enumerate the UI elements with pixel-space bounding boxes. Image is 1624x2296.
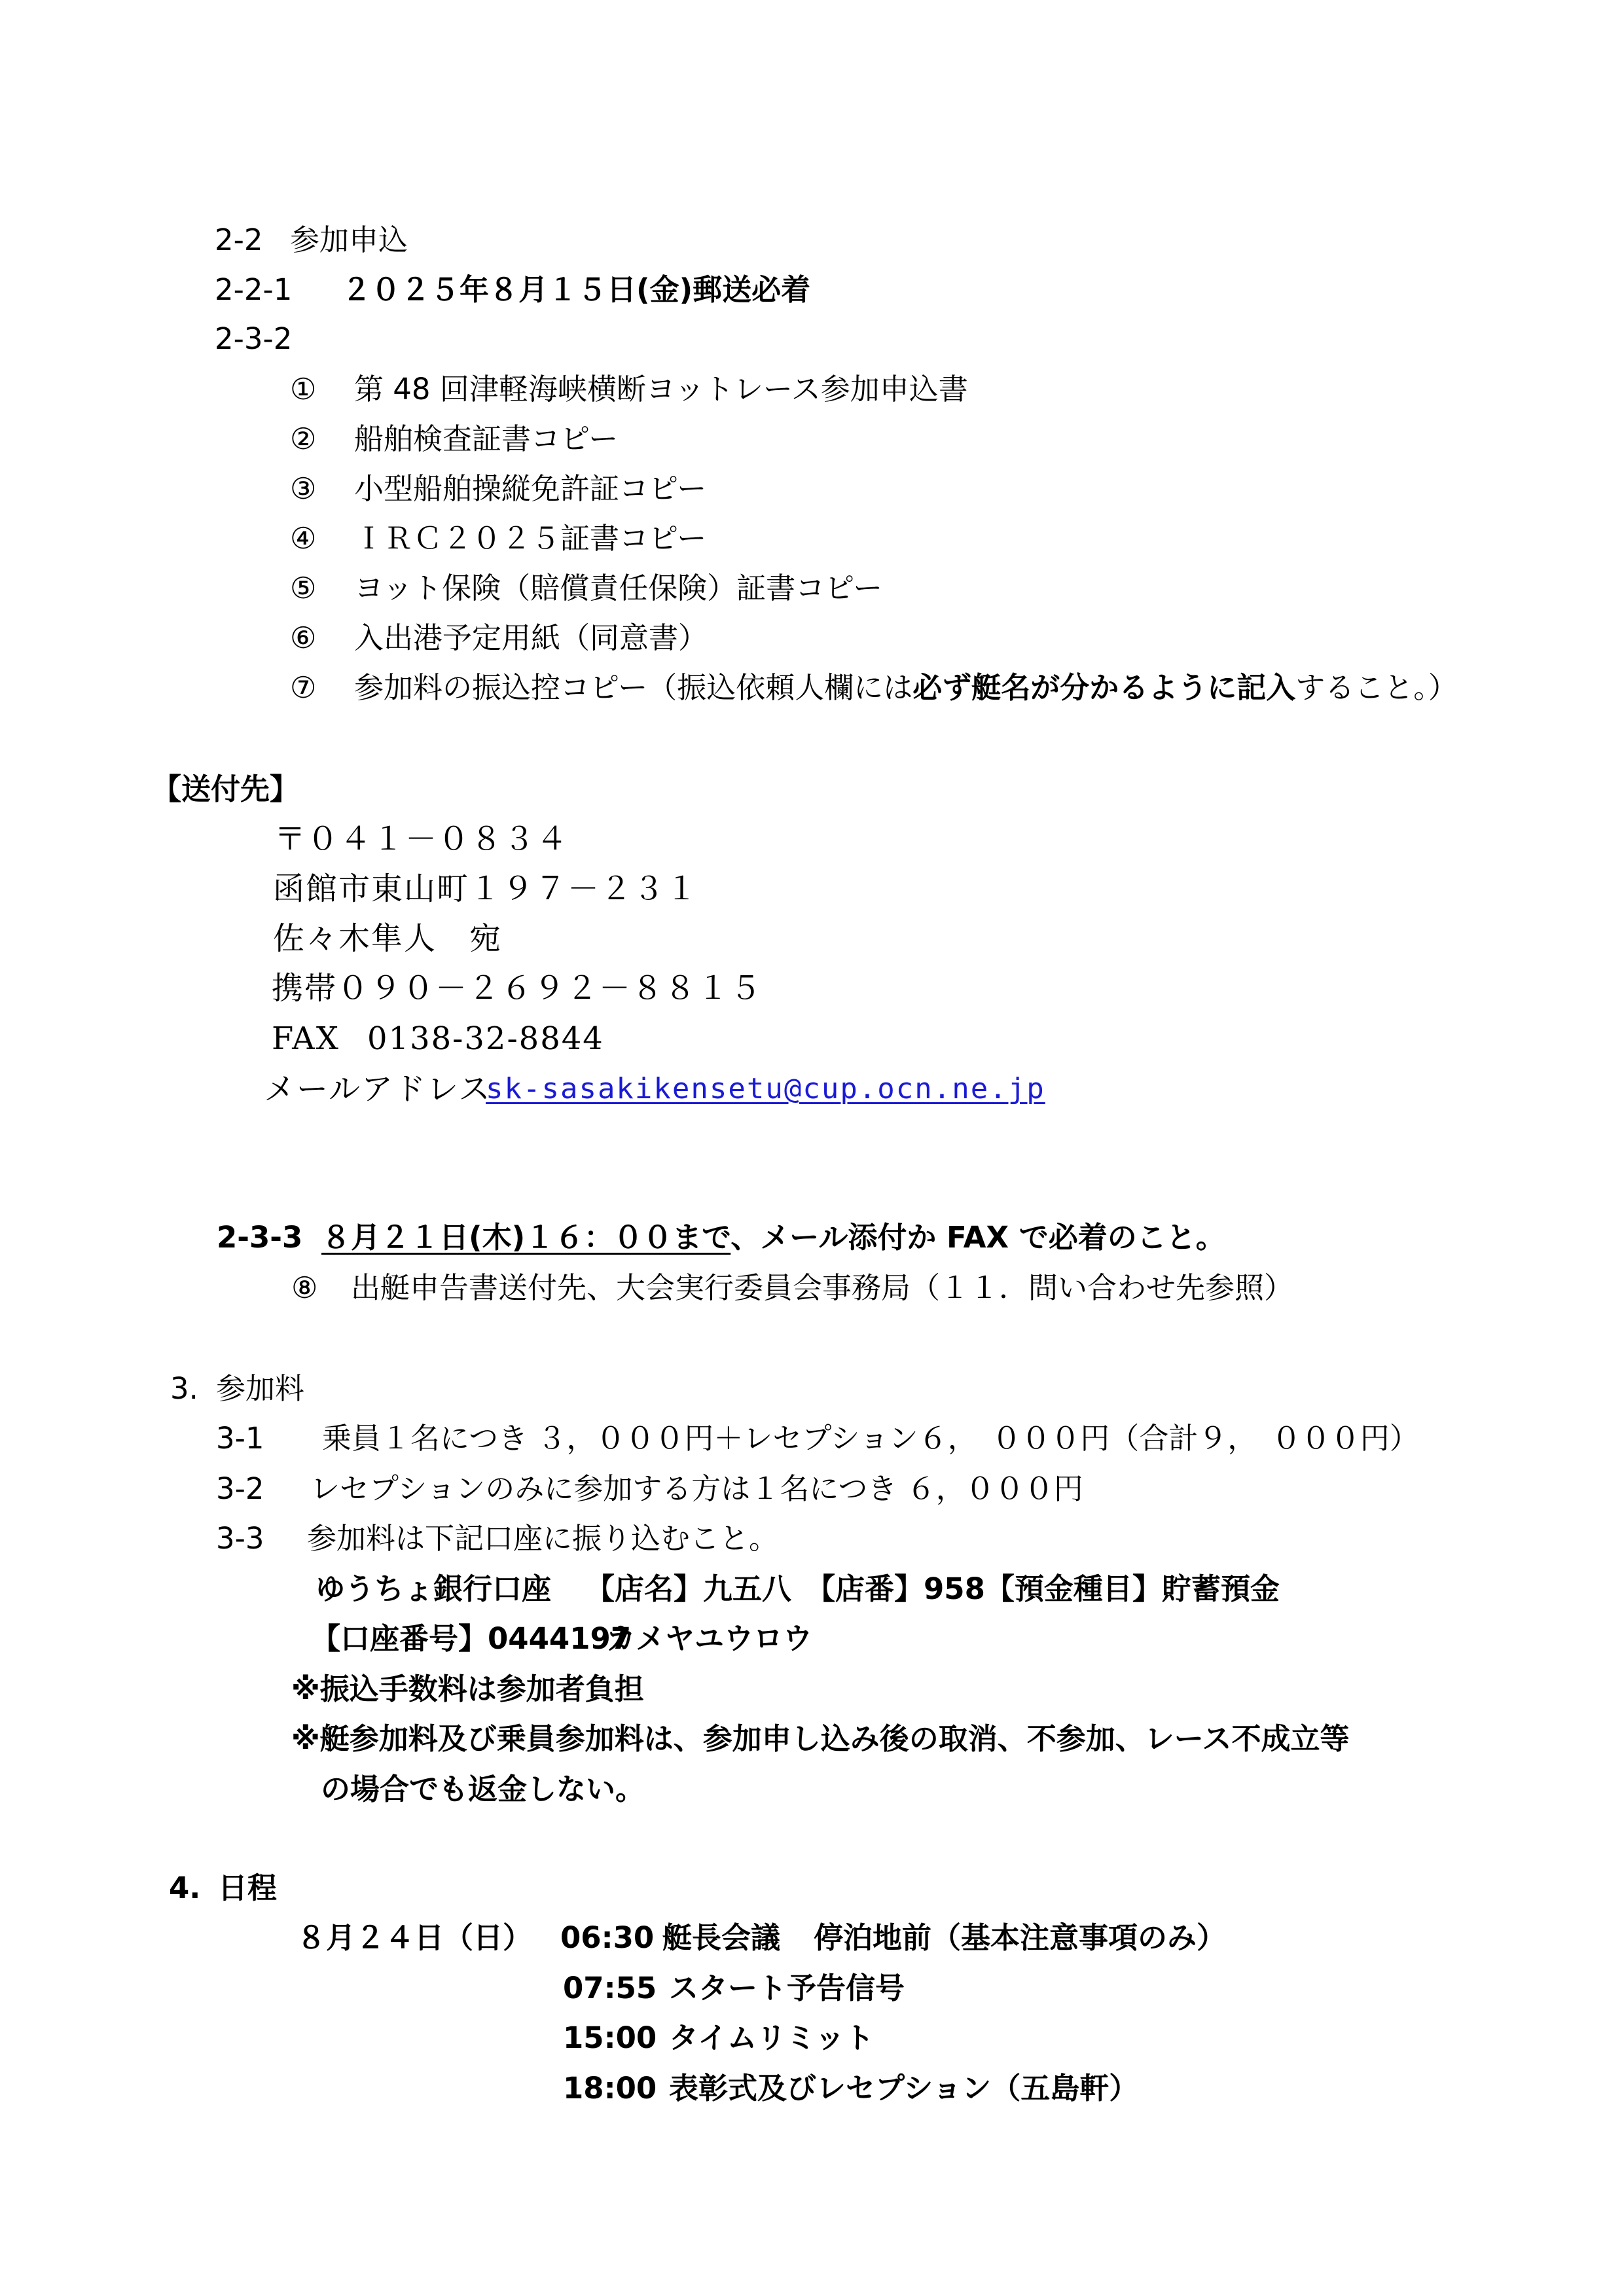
section-3-heading: 3. 参加料 [0, 1369, 1624, 1408]
item-number: 2-3-2 [215, 319, 292, 359]
section-2-2-heading: 2-2 参加申込 [0, 221, 1624, 260]
section-title: 日程 [218, 1869, 277, 1908]
item-number: 3-2 [216, 1469, 264, 1509]
schedule-event: 艇長会議 [662, 1918, 780, 1958]
section-number: 2-2 [215, 221, 263, 260]
document-item: ⑧ 出艇申告書送付先、大会実行委員会事務局（１１．問い合わせ先参照） [0, 1268, 1624, 1308]
circled-number-marker: ⑧ [291, 1268, 317, 1308]
recipient-fax: FAX 0138-32-8844 [0, 1019, 1624, 1058]
document-label: 入出港予定用紙（同意書） [354, 619, 708, 658]
schedule-row: 07:55 スタート予告信号 [0, 1969, 1624, 2008]
document-item: ① 第 48 回津軽海峡横断ヨットレース参加申込書 [0, 370, 1624, 409]
fee-note-continued: の場合でも返金しない。 [0, 1770, 1624, 1809]
fee-text: 乗員１名につき ３，０００円＋レセプション６， ０００円（合計９， ０００円） [322, 1419, 1419, 1458]
section-number: 3. [170, 1369, 198, 1408]
recipient-heading: 【送付先】 [0, 770, 1624, 809]
circled-number-marker: ① [290, 370, 316, 409]
circled-number-marker: ⑦ [290, 668, 316, 708]
note-text: の場合でも返金しない。 [321, 1770, 645, 1809]
circled-number-marker: ⑤ [290, 569, 316, 608]
note-text: ※艇参加料及び乗員参加料は、参加申し込み後の取消、不参加、レース不成立等 [291, 1719, 1350, 1759]
schedule-row: 18:00 表彰式及びレセプション（五島軒） [0, 2069, 1624, 2108]
schedule-row: ８月２４日（日） 06:30 艇長会議 停泊地前（基本注意事項のみ） [0, 1918, 1624, 1958]
document-label: ＩＲＣ２０２５証書コピー [354, 519, 706, 558]
recipient-postal-code: 〒０４１－０８３４ [0, 819, 1624, 859]
mobile-number: 携帯０９０－２６９２－８８１５ [272, 969, 763, 1008]
postal-code: 〒０４１－０８３４ [274, 819, 569, 859]
bank-name: ゆうちょ銀行口座 [316, 1570, 551, 1609]
branch-name: 【店名】九五八 [585, 1570, 791, 1609]
mail-deadline: ２０２５年８月１５日(金)郵送必着 [342, 270, 810, 310]
item-number: 2-2-1 [215, 270, 292, 310]
section-number: 4. [169, 1869, 200, 1908]
circled-number-marker: ③ [290, 469, 316, 509]
item-number: 3-1 [216, 1419, 264, 1458]
address: 函館市東山町１９７－２３１ [273, 869, 698, 908]
section-title: 参加料 [216, 1369, 304, 1408]
document-item: ⑥ 入出港予定用紙（同意書） [0, 619, 1624, 658]
document-label-text: 参加料の振込控コピー（振込依頼人欄には [354, 670, 912, 705]
item-number: 2-3-3 [217, 1218, 302, 1257]
schedule-date: ８月２４日（日） [297, 1918, 532, 1958]
fax-label: FAX [272, 1019, 340, 1058]
deadline-underlined: ８月２１日(木)１６：００まで [321, 1220, 731, 1255]
schedule-time: 07:55 [563, 1969, 657, 2008]
item-number: 3-3 [216, 1519, 264, 1558]
recipient-name: 佐々木隼人 宛 [0, 919, 1624, 958]
document-page: 2-2 参加申込 2-2-1 ２０２５年８月１５日(金)郵送必着 2-3-2 ①… [0, 0, 1624, 2296]
fee-text: 参加料は下記口座に振り込むこと。 [307, 1519, 778, 1558]
schedule-event: 表彰式及びレセプション（五島軒） [669, 2069, 1138, 2108]
schedule-event: スタート予告信号 [669, 1969, 905, 2008]
fee-text: レセプションのみに参加する方は１名につき ６，０００円 [310, 1469, 1083, 1509]
submission-deadline: ８月２１日(木)１６：００まで、メール添付か FAX で必着のこと。 [321, 1218, 1225, 1257]
document-label-text: すること。） [1295, 670, 1458, 705]
document-label: 船舶検査証書コピー [354, 420, 618, 459]
recipient-email: メールアドレス sk-sasakikensetu@cup.ocn.ne.jp [0, 1069, 1624, 1109]
fax-number: 0138-32-8844 [367, 1019, 604, 1058]
account-number: 【口座番号】0444197 [311, 1619, 631, 1659]
document-item: ② 船舶検査証書コピー [0, 420, 1624, 459]
schedule-row: 15:00 タイムリミット [0, 2018, 1624, 2058]
item-2-3-2: 2-3-2 [0, 319, 1624, 359]
item-2-2-1: 2-2-1 ２０２５年８月１５日(金)郵送必着 [0, 270, 1624, 310]
document-label: 第 48 回津軽海峡横断ヨットレース参加申込書 [354, 370, 968, 409]
document-label: 参加料の振込控コピー（振込依頼人欄には必ず艇名が分かるように記入すること。） [354, 668, 1458, 708]
fee-note: ※振込手数料は参加者負担 [0, 1670, 1624, 1709]
recipient-address: 函館市東山町１９７－２３１ [0, 869, 1624, 908]
section-title: 参加申込 [290, 221, 408, 260]
document-label: ヨット保険（賠償責任保険）証書コピー [354, 569, 882, 608]
email-link[interactable]: sk-sasakikensetu@cup.ocn.ne.jp [486, 1069, 1045, 1109]
document-item: ⑦ 参加料の振込控コピー（振込依頼人欄には必ず艇名が分かるように記入すること。） [0, 668, 1624, 708]
circled-number-marker: ④ [290, 519, 316, 558]
document-label-emphasis: 必ず艇名が分かるように記入 [912, 670, 1295, 705]
name: 佐々木隼人 宛 [273, 919, 502, 958]
fee-item: 3-3 参加料は下記口座に振り込むこと。 [0, 1519, 1624, 1558]
deadline-method: 、メール添付か FAX で必着のこと。 [731, 1220, 1225, 1255]
recipient-heading-label: 【送付先】 [152, 770, 299, 809]
note-text: ※振込手数料は参加者負担 [291, 1670, 644, 1709]
recipient-mobile: 携帯０９０－２６９２－８８１５ [0, 969, 1624, 1008]
document-item: ⑤ ヨット保険（賠償責任保険）証書コピー [0, 569, 1624, 608]
section-4-heading: 4. 日程 [0, 1869, 1624, 1908]
bank-account-info: ゆうちょ銀行口座 【店名】九五八 【店番】958【預金種目】貯蓄預金 [0, 1570, 1624, 1609]
account-holder: カメヤユウロウ [606, 1619, 812, 1659]
document-item: ③ 小型船舶操縦免許証コピー [0, 469, 1624, 509]
circled-number-marker: ② [290, 420, 316, 459]
document-label: 小型船舶操縦免許証コピー [354, 469, 706, 509]
bank-account-number: 【口座番号】0444197 カメヤユウロウ [0, 1619, 1624, 1659]
item-2-3-3: 2-3-3 ８月２１日(木)１６：００まで、メール添付か FAX で必着のこと。 [0, 1218, 1624, 1257]
fee-note: ※艇参加料及び乗員参加料は、参加申し込み後の取消、不参加、レース不成立等 [0, 1719, 1624, 1759]
document-item: ④ ＩＲＣ２０２５証書コピー [0, 519, 1624, 558]
document-label: 出艇申告書送付先、大会実行委員会事務局（１１．問い合わせ先参照） [351, 1268, 1293, 1308]
circled-number-marker: ⑥ [290, 619, 316, 658]
schedule-time: 15:00 [563, 2018, 657, 2058]
schedule-event: タイムリミット [669, 2018, 874, 2058]
fee-item: 3-1 乗員１名につき ３，０００円＋レセプション６， ０００円（合計９， ００… [0, 1419, 1624, 1458]
branch-number-deposit-type: 【店番】958【預金種目】貯蓄預金 [806, 1570, 1280, 1609]
schedule-note: 停泊地前（基本注意事項のみ） [814, 1918, 1226, 1958]
email-label: メールアドレス [264, 1069, 492, 1109]
fee-item: 3-2 レセプションのみに参加する方は１名につき ６，０００円 [0, 1469, 1624, 1509]
schedule-time: 18:00 [563, 2069, 657, 2108]
schedule-time: 06:30 [560, 1918, 654, 1958]
